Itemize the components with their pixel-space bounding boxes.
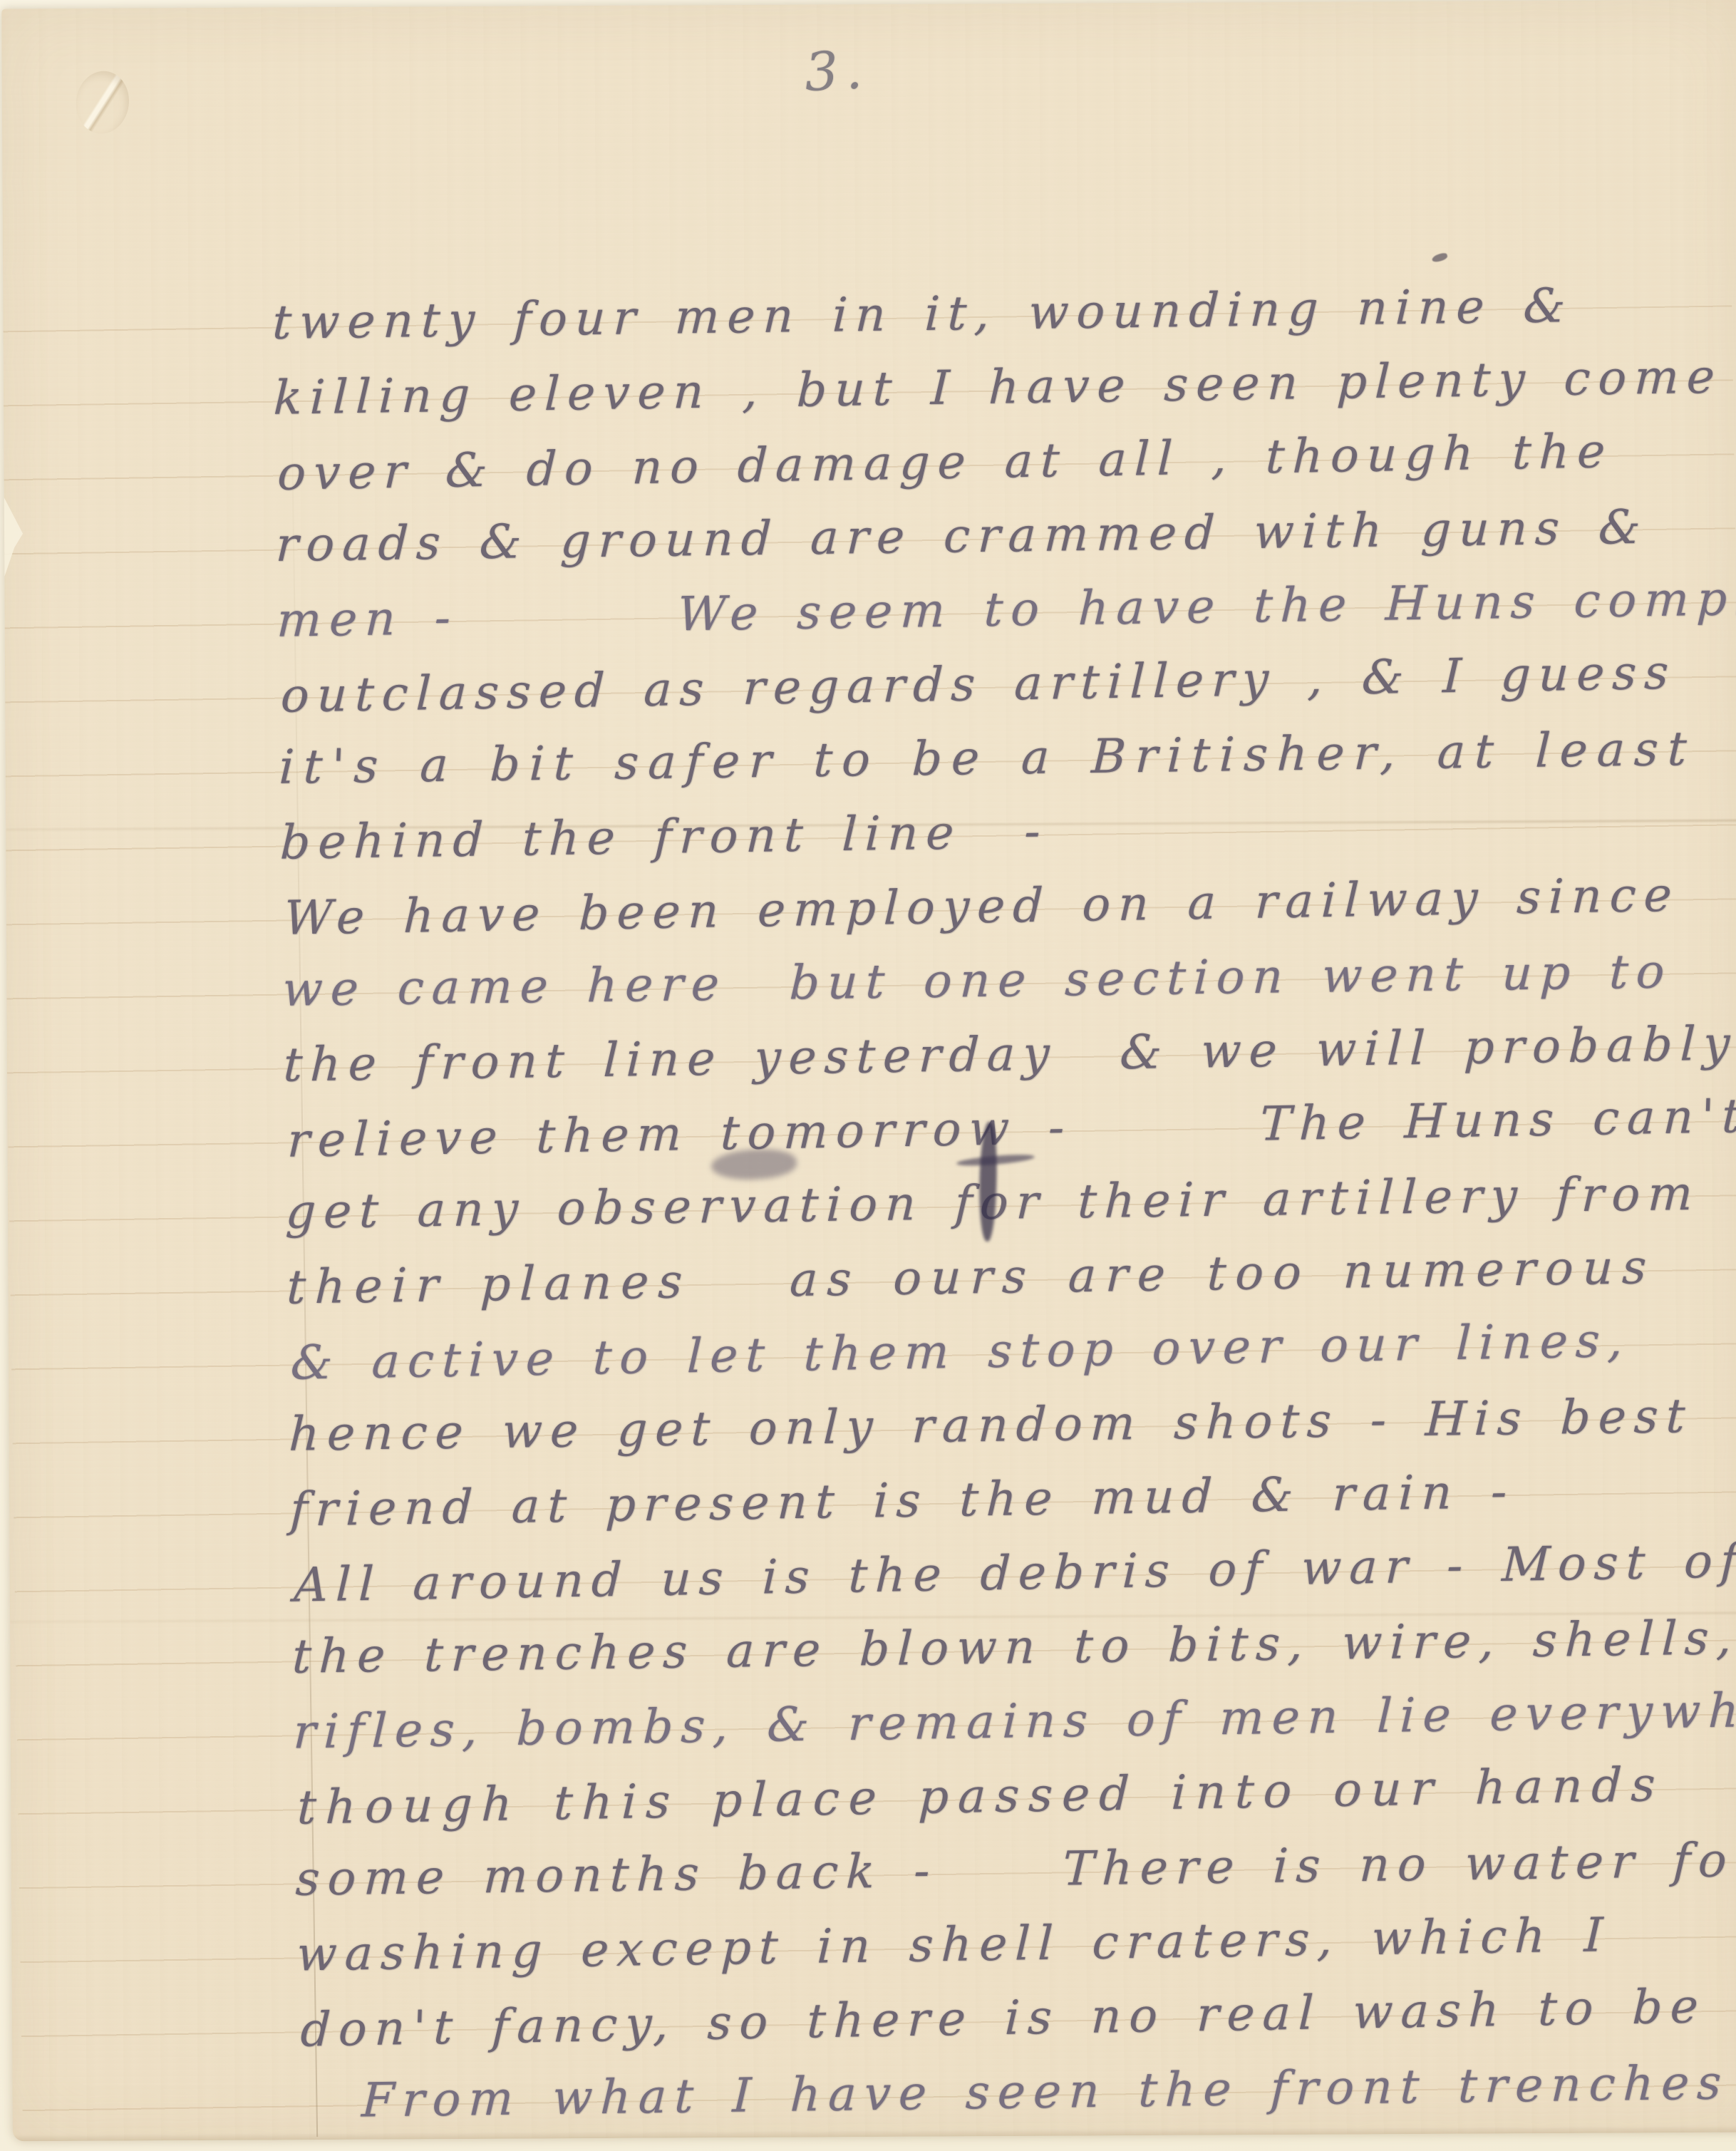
ink-speck: [1431, 252, 1448, 264]
page-content: 3. twenty four men in it, wounding nine …: [1, 0, 1736, 2141]
paper-sheet: 3. twenty four men in it, wounding nine …: [1, 0, 1736, 2141]
scanner-background: 3. twenty four men in it, wounding nine …: [0, 0, 1736, 2151]
handwriting-lines: twenty four men in it, wounding nine &ki…: [272, 265, 1736, 2140]
page-number: 3.: [803, 39, 871, 103]
